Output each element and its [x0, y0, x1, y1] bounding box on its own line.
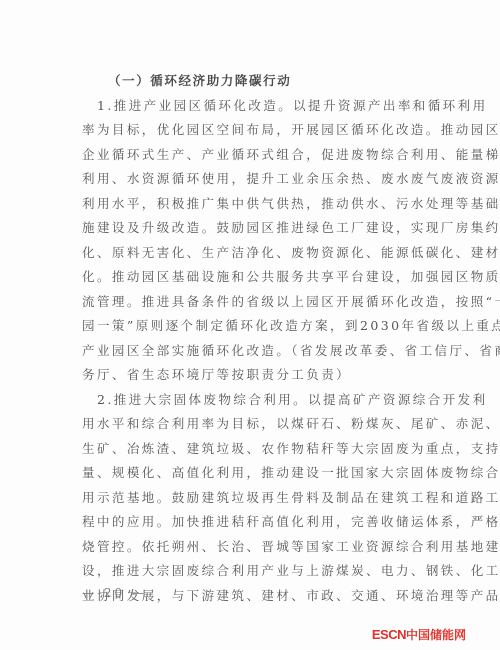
- section-heading: （一）循环经济助力降碳行动: [82, 69, 422, 94]
- paragraph-line: 施建设及升级改造。鼓励园区推进绿色工厂建设，实现厂房集约: [82, 216, 422, 241]
- paragraph-line: 务厅、省生态环境厅等按职责分工负责）: [82, 363, 422, 388]
- watermark-brand: ESCN: [372, 627, 406, 642]
- paragraph-line: 产业园区全部实施循环化改造。（省发展改革委、省工信厅、省商: [82, 339, 422, 364]
- paragraph-line: 流管理。推进具备条件的省级以上园区开展循环化改造，按照“一: [82, 290, 422, 315]
- paragraph-line: 企业循环式生产、产业循环式组合，促进废物综合利用、能量梯级: [82, 143, 422, 168]
- watermark-site-name: 中国储能网: [406, 628, 466, 642]
- paragraph-line: 设，推进大宗固废综合利用产业与上游煤炭、电力、钢铁、化工等产: [82, 559, 422, 584]
- document-body: （一）循环经济助力降碳行动 1.推进产业园区循环化改造。以提升资源产出率和循环利…: [82, 69, 422, 608]
- paragraph-line: 1.推进产业园区循环化改造。以提升资源产出率和循环利用: [82, 94, 422, 119]
- page-number: — 20 —: [82, 586, 147, 600]
- paragraph-line: 化、原料无害化、生产洁净化、废物资源化、能源低碳化、建材绿色: [82, 241, 422, 266]
- paragraph-line: 园一策”原则逐个制定循环化改造方案，到2030年省级以上重点: [82, 314, 422, 339]
- document-page: （一）循环经济助力降碳行动 1.推进产业园区循环化改造。以提升资源产出率和循环利…: [0, 0, 500, 650]
- paragraph-line: 化。推动园区基础设施和公共服务共享平台建设，加强园区物质: [82, 265, 422, 290]
- paragraph-line: 生矿、冶炼渣、建筑垃圾、农作物秸秆等大宗固废为重点，支持大掺: [82, 437, 422, 462]
- paragraph-line: 用水平和综合利用率为目标，以煤矸石、粉煤灰、尾矿、赤泥、共伴: [82, 412, 422, 437]
- paragraph-line: 率为目标，优化园区空间布局，开展园区循环化改造。推动园区内: [82, 118, 422, 143]
- paragraph-line: 程中的应用。加快推进秸秆高值化利用，完善收储运体系，严格焚: [82, 510, 422, 535]
- paragraph-line: 烧管控。依托朔州、长治、晋城等国家工业资源综合利用基地建: [82, 535, 422, 560]
- paragraph-line: 量、规模化、高值化利用，推动建设一批国家大宗固体废物综合利: [82, 461, 422, 486]
- paragraph-line: 用示范基地。鼓励建筑垃圾再生骨料及制品在建筑工程和道路工: [82, 486, 422, 511]
- paragraph-line: 利用水平，积极推广集中供气供热，推动供水、污水处理等基础设: [82, 192, 422, 217]
- paragraph-line: 利用、水资源循环使用，提升工业余压余热、废水废气废液资源化: [82, 167, 422, 192]
- paragraph-line: 2.推进大宗固体废物综合利用。以提高矿产资源综合开发利: [82, 388, 422, 413]
- watermark-logo: ESCN中国储能网: [372, 626, 466, 643]
